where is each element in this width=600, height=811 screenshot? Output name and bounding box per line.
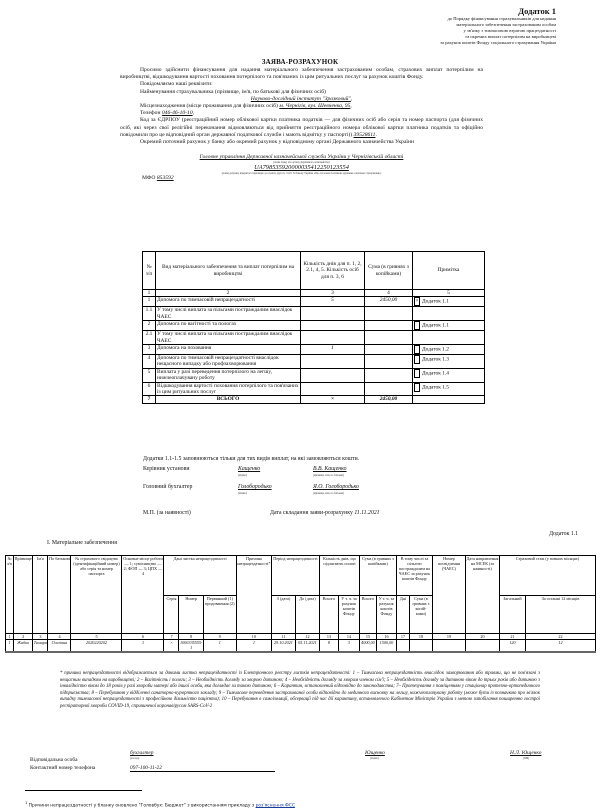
document-title: ЗАЯВА-РОЗРАХУНОК <box>0 58 600 66</box>
table-cell: 1 <box>236 640 271 653</box>
date-label: Дата складання заяви-розрахунку <box>270 510 353 516</box>
row-number: 6 <box>143 382 156 396</box>
footnote: 1 Причини непрацездатності у бланку онов… <box>25 801 295 808</box>
row-name: У тому числі виплата за пільгами постраж… <box>156 331 301 345</box>
position-caption: (посада) <box>130 757 139 760</box>
table-cell: Жабко <box>14 640 33 653</box>
row-name: Допомога по тимчасовій непрацездатності … <box>156 355 301 369</box>
table-row: 1Допомога по тимчасовій непрацездатності… <box>143 297 485 307</box>
appendix-note: Додатки 1.1-1.5 заповнюються тільки для … <box>143 456 483 462</box>
row-number: 3 <box>143 345 156 355</box>
row-note-label: Додаток 1.2 <box>422 347 449 353</box>
row-note-label: Додаток 1.4 <box>422 371 449 377</box>
row-checkbox[interactable] <box>414 355 420 364</box>
row-days <box>301 382 365 396</box>
document-body: Просимо здійснити фінансування для надан… <box>120 67 483 182</box>
row-name: Допомога по вагітності та пологах <box>156 321 301 331</box>
table-cell: 120 <box>499 640 525 653</box>
table-cell: Тамара <box>33 640 48 653</box>
row-note: Додаток 1.3 <box>413 355 485 369</box>
section-title: I. Матеріальне забезпечення <box>47 540 117 546</box>
table-cell: × <box>164 640 179 653</box>
intro-text: Просимо здійснити фінансування для надан… <box>120 67 483 81</box>
appendix-title: Додаток 1 <box>296 6 556 16</box>
hdr-insurance-no: № страхового свідоцтва (ідентифікаційний… <box>71 556 122 634</box>
row-number: 1 <box>143 297 156 307</box>
row-sum: 2450,00 <box>365 297 413 307</box>
head-signature: Кащенко <box>238 466 260 472</box>
row-checkbox[interactable] <box>414 345 420 354</box>
row-note-label: Додаток 1.1 <box>422 323 449 329</box>
insurer-label: Найменування страхувальника (прізвище, і… <box>120 89 483 96</box>
iban-value: UA798535920000035412250123554 <box>254 164 349 171</box>
table-row: 5Виплата у разі переведення потерпілого … <box>143 368 485 382</box>
row-number: 4 <box>143 355 156 369</box>
insurer-value: Науково-дослідний інститут "Зразковий" <box>251 96 351 102</box>
hdr-sum: Сума (в гривнях з копійками) <box>359 556 396 596</box>
appendix-1-1-title: Додаток 1.1 <box>549 531 578 537</box>
stamp-label: М.П. (за наявності) <box>143 510 191 516</box>
table-cell: 1 <box>203 640 236 653</box>
hdr-period: Період непрацездатності <box>271 556 319 596</box>
phone-value: 097-100-11-22 <box>130 765 275 772</box>
account-label: Окремий поточний рахунок у банку або окр… <box>120 139 483 146</box>
footnote-marker: 1 <box>25 801 27 805</box>
row-note: ×Додаток 1.1 <box>413 297 485 307</box>
location-label: Місцезнаходження (місце проживання для ф… <box>140 103 278 109</box>
col-header: Вид матеріального забезпечення та виплат… <box>156 252 301 290</box>
row-sum <box>365 307 413 321</box>
table-cell <box>396 640 409 653</box>
row-days: 1 <box>301 345 365 355</box>
table-cell: 1 <box>122 640 164 653</box>
mfo-value: 853592 <box>157 175 174 181</box>
col-number: 3 <box>301 290 365 297</box>
hdr-experience: Страховий стаж (у повних місяцях) <box>499 556 595 596</box>
hdr-exp-12: За останні 12 місяців <box>525 596 595 634</box>
edrpou-label: Код за ЄДРПОУ (реєстраційний номер облік… <box>120 117 483 137</box>
hdr-period-to: До (дата) <box>295 596 319 634</box>
date-value: 11.11.2021 <box>354 510 379 516</box>
col-number: 5 <box>413 290 485 297</box>
hdr-period-from: З (дата) <box>271 596 295 634</box>
row-note: Додаток 1.2 <box>413 345 485 355</box>
row-note: Додаток 1.5 <box>413 382 485 396</box>
row-note <box>413 331 485 345</box>
row-sum <box>365 331 413 345</box>
location-value: м. Чернігів, вул. Шевченка, 95 <box>279 103 350 109</box>
head-label: Керівник установи <box>143 466 189 472</box>
name-caption: (ПІБ) <box>523 757 529 760</box>
table-cell: 2020220202 <box>71 640 122 653</box>
row-sum <box>365 321 413 331</box>
phone-label: Контактний номер телефона <box>30 765 95 771</box>
table-row: 3Допомога на поховання1Додаток 1.2 <box>143 345 485 355</box>
row-name: У тому числі виплата за пільгами постраж… <box>156 307 301 321</box>
hdr-sl-series: Серія <box>164 596 179 634</box>
row-name: Допомога по тимчасовій непрацездатності <box>156 297 301 307</box>
row-sum <box>365 382 413 396</box>
row-days <box>301 307 365 321</box>
mfo-label: МФО <box>142 175 155 181</box>
sign-caption: (підпис) <box>370 757 379 760</box>
table-row: 1ЖабкоТамараОлегівна20202202021×10003355… <box>6 640 596 653</box>
footnote-divider <box>25 790 142 791</box>
hdr-sl-number: Номер <box>179 596 203 634</box>
row-days <box>301 321 365 331</box>
table-row: 2.1У тому числі виплата за пільгами пост… <box>143 331 485 345</box>
table-cell <box>432 640 465 653</box>
row-number: 2 <box>143 321 156 331</box>
table-cell: 1500,00 <box>376 640 396 653</box>
table-cell: 3 <box>338 640 359 653</box>
table-row: 1.1У тому числі виплата за пільгами пост… <box>143 307 485 321</box>
accountant-signature: Голобородько <box>238 484 272 490</box>
hdr-workplace: Основне місце роботи — 1; сумісництво — … <box>122 556 164 634</box>
col-header: Сума (в гривнях з копійками) <box>365 252 413 290</box>
table-cell: 4000,00 <box>359 640 376 653</box>
row-days <box>301 368 365 382</box>
col-number: 2 <box>156 290 301 297</box>
appendix-line: за рахунок коштів Фонду соціального стра… <box>296 40 556 46</box>
phone-value: 046-46-10-10 <box>162 110 193 116</box>
hdr-name: Ім'я <box>33 556 48 634</box>
total-number: 7 <box>143 396 156 403</box>
table-cell: 12 <box>525 640 595 653</box>
responsible-signature: Ющенко <box>365 750 385 756</box>
row-checkbox[interactable] <box>414 369 420 378</box>
hdr-surname: Прізвище <box>14 556 33 634</box>
row-name: Допомога на поховання <box>156 345 301 355</box>
sign-caption: (підпис) <box>238 492 247 495</box>
row-checkbox[interactable]: × <box>414 297 420 306</box>
footnote-text: Причини непрацездатності у бланку оновле… <box>29 803 256 808</box>
hdr-chaes-days: Дні <box>396 596 409 634</box>
payments-table: № з/п Вид матеріального забезпечення та … <box>142 251 485 404</box>
sign-caption: (підпис) <box>238 474 247 477</box>
table-cell: 8 <box>319 640 338 653</box>
accountant-label: Головний бухгалтер <box>143 484 192 490</box>
row-note-label: Додаток 1.5 <box>422 384 449 390</box>
footnote-link[interactable]: роз'яснення ФСС <box>256 803 295 808</box>
responsible-label: Відповідальна особа <box>30 757 77 763</box>
head-name: В.В. Кащенко <box>313 466 347 472</box>
hdr-days: Кількість днів, що підлягають оплаті <box>319 556 359 596</box>
accountant-name: Я.О. Голобородько <box>313 484 359 490</box>
row-note-label: Додаток 1.3 <box>422 357 449 363</box>
hdr-sick-leave: Дані листка непрацездатності <box>164 556 236 596</box>
edrpou-value: 39528611 <box>354 132 376 138</box>
table-cell: 1 <box>6 640 14 653</box>
row-number: 2.1 <box>143 331 156 345</box>
row-note <box>413 307 485 321</box>
col-header: № з/п <box>143 252 156 290</box>
hdr-sum-fund: У т. ч. за рахунок коштів Фонду <box>376 596 396 634</box>
row-number: 5 <box>143 368 156 382</box>
material-support-table: № з/п Прізвище Ім'я По батькові № страхо… <box>5 555 596 653</box>
table-cell: Олегівна <box>48 640 71 653</box>
col-number: 4 <box>365 290 413 297</box>
row-note: Додаток 1.4 <box>413 368 485 382</box>
row-name: Відшкодування вартості поховання потерпі… <box>156 382 301 396</box>
responsible-name: Н.Л. Ющенко <box>510 750 541 756</box>
table-row: 4Допомога по тимчасовій непрацездатності… <box>143 355 485 369</box>
total-note <box>413 396 485 403</box>
hdr-reason: Причина непрацездатності* <box>236 556 271 634</box>
hdr-msek-date: Дата направлення на МСЕК (за наявності) <box>465 556 499 634</box>
col-number: 1 <box>143 290 156 297</box>
hdr-no: № з/п <box>6 556 14 634</box>
responsible-position: бухгалтер <box>130 750 153 756</box>
row-note-label: Додаток 1.1 <box>422 299 449 305</box>
col-header: Кількість днів для п. 1, 2, 2.1, 4, 5. К… <box>301 252 365 290</box>
table-cell: 29.10.2021 <box>271 640 295 653</box>
total-days: × <box>301 396 365 403</box>
row-note: Додаток 1.1 <box>413 321 485 331</box>
row-checkbox[interactable] <box>414 321 420 330</box>
hdr-chaes-sum: Сума (в гривнях з копій-ками) <box>409 596 432 634</box>
hdr-days-total: Всього <box>319 596 338 634</box>
hdr-sl-type: Первинний (1) продовження (2) <box>203 596 236 634</box>
total-sum: 2450,00 <box>365 396 413 403</box>
hdr-cert-no: Номер посвідчення (ЧАЕС) <box>432 556 465 634</box>
table-cell: 05.11.2021 <box>295 640 319 653</box>
appendix-header: Додаток 1 до Порядку фінансування страху… <box>296 6 556 46</box>
table-cell: 1000335555-1 <box>179 640 203 653</box>
total-row: 7ВСЬОГО×2450,00 <box>143 396 485 403</box>
row-days: 5 <box>301 297 365 307</box>
hdr-chaes: В тому числі за пільгою постраждалим на … <box>396 556 432 596</box>
total-label: ВСЬОГО <box>156 396 301 403</box>
bank-value: Головне управління Державної казначейськ… <box>200 154 404 160</box>
table-cell <box>465 640 499 653</box>
reason-footnote: * причина непрацездатності відображаєтьс… <box>60 671 540 711</box>
hdr-sum-total: Всього <box>359 596 376 634</box>
table-cell <box>409 640 432 653</box>
hdr-patronymic: По батькові <box>48 556 71 634</box>
row-sum <box>365 368 413 382</box>
col-header: Примітка <box>413 252 485 290</box>
row-sum <box>365 355 413 369</box>
row-days <box>301 331 365 345</box>
row-sum <box>365 345 413 355</box>
notify-text: Повідомляємо наші реквізити: <box>120 81 483 88</box>
table-row: 6Відшкодування вартості поховання потерп… <box>143 382 485 396</box>
hdr-days-fund: У т. ч. за рахунок коштів Фонду <box>338 596 359 634</box>
row-name: Виплата у разі переведення потерпілого н… <box>156 368 301 382</box>
name-caption: (прізвище, ім'я, по батькові) <box>313 492 344 495</box>
signatures-block: Додатки 1.1-1.5 заповнюються тільки для … <box>143 456 483 522</box>
row-checkbox[interactable] <box>414 383 420 392</box>
phone-label: Телефон <box>140 110 160 116</box>
hdr-exp-total: Загальний <box>499 596 525 634</box>
name-caption: (прізвище, ім'я, по батькові) <box>313 474 344 477</box>
table-row: 2Допомога по вагітності та пологахДодато… <box>143 321 485 331</box>
row-days <box>301 355 365 369</box>
row-number: 1.1 <box>143 307 156 321</box>
